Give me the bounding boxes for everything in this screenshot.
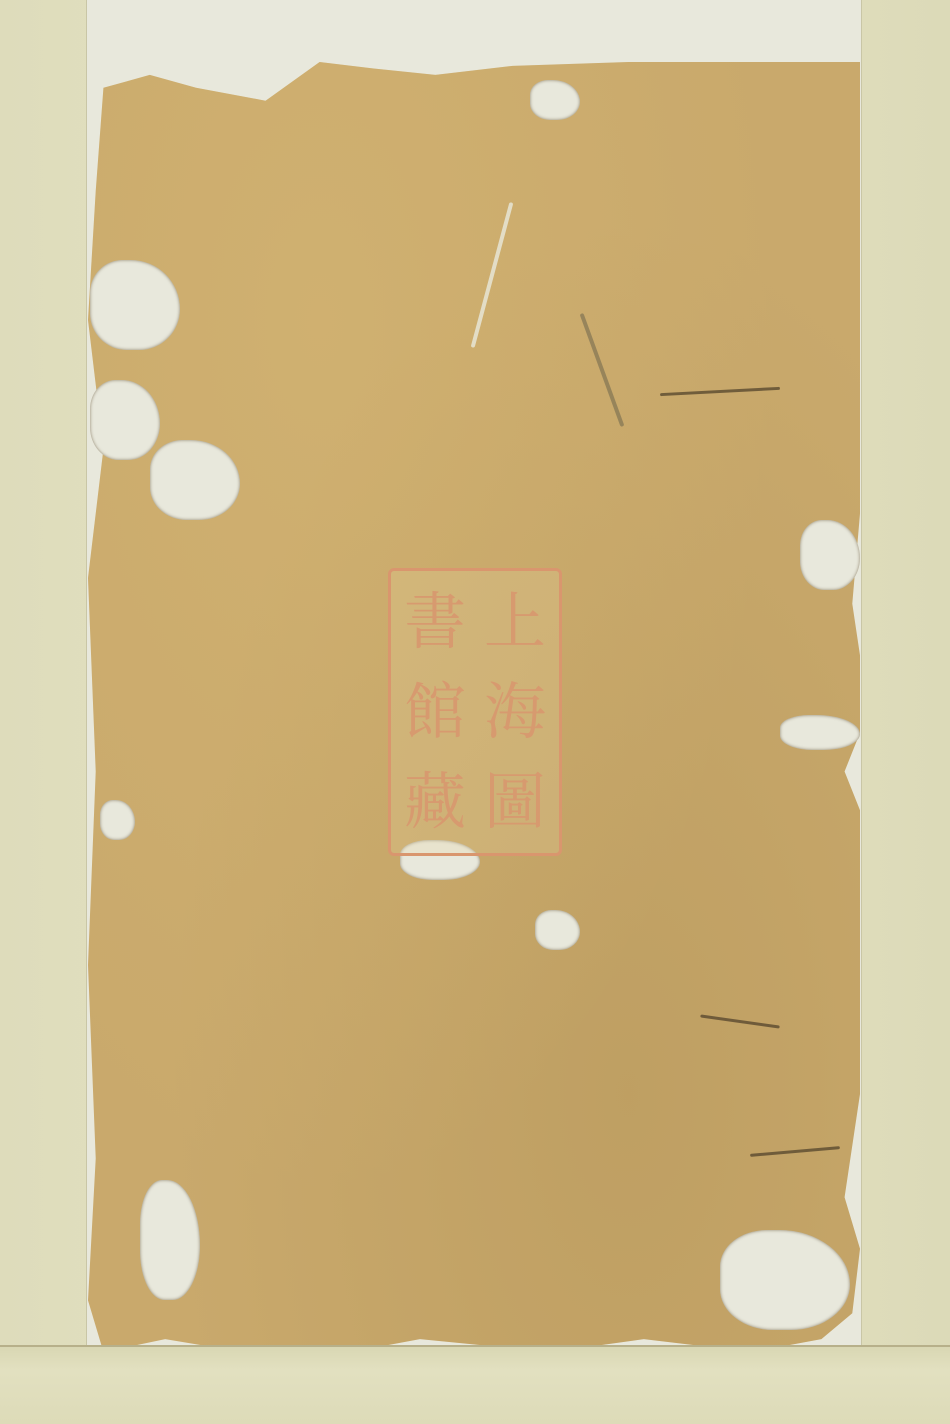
damage-hole bbox=[100, 800, 135, 840]
seal-char: 館 bbox=[404, 668, 466, 756]
seal-char: 圖 bbox=[484, 758, 546, 846]
damage-hole bbox=[535, 910, 580, 950]
damage-hole bbox=[530, 80, 580, 120]
library-seal-stamp: 上 海 圖 書 館 藏 bbox=[388, 568, 562, 856]
seal-char: 上 bbox=[484, 578, 546, 666]
mount-bottom-strip bbox=[0, 1345, 950, 1424]
seal-char: 藏 bbox=[404, 758, 466, 846]
damage-hole bbox=[780, 715, 860, 750]
seal-column-right: 上 海 圖 bbox=[484, 577, 546, 847]
seal-char: 海 bbox=[484, 668, 546, 756]
seal-column-left: 書 館 藏 bbox=[404, 577, 466, 847]
seal-char: 書 bbox=[404, 578, 466, 666]
